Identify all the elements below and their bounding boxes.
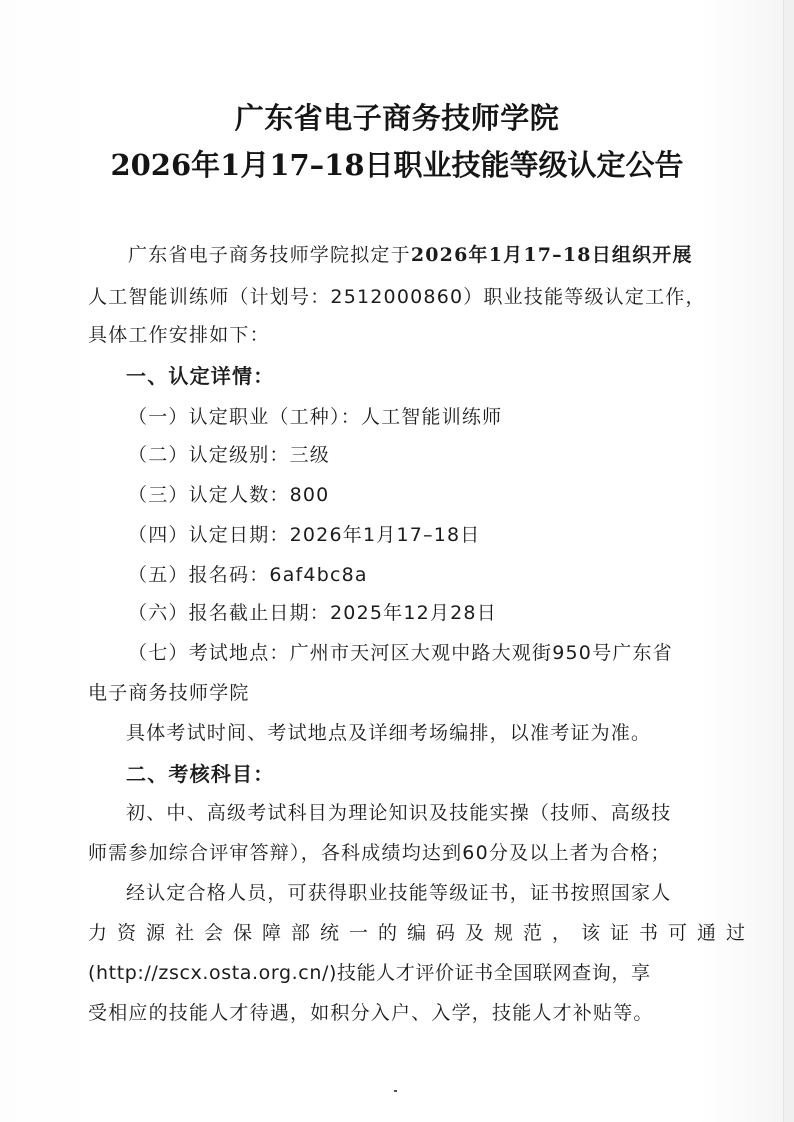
intro-line-1: 广东省电子商务技师学院拟定于2026年1月17–18日组织开展 (128, 240, 693, 267)
detail-value: 人工智能训练师 (361, 406, 502, 428)
detail-item-headcount: （三）认定人数：800 (128, 480, 329, 507)
subjects-line-1: 初、中、高级考试科目为理论知识及技能实操（技师、高级技 (126, 798, 671, 825)
detail-value: 6af4bc8a (269, 564, 367, 586)
detail-item-occupation: （一）认定职业（工种）：人工智能训练师 (128, 402, 502, 429)
detail-label: （五）报名码： (128, 564, 269, 586)
location-continuation: 电子商务技师学院 (88, 678, 250, 705)
title-institution: 广东省电子商务技师学院 (0, 96, 794, 137)
detail-value: 2026年1月17–18日 (290, 524, 481, 546)
certificate-line-2: 力资源社会保障部统一的编码及规范，该证书可通过 (88, 918, 755, 945)
detail-value: 800 (290, 484, 330, 506)
exam-arrangement-note: 具体考试时间、考试地点及详细考场编排，以准考证为准。 (126, 718, 651, 745)
certificate-line-3: (http://zscx.osta.org.cn/)技能人才评价证书全国联网查询… (88, 958, 651, 985)
scan-speck (394, 1090, 397, 1092)
detail-label: （四）认定日期： (128, 524, 290, 546)
section-2-heading: 二、考核科目： (126, 758, 274, 787)
detail-value: 2025年12月28日 (330, 602, 497, 624)
scanned-page: 广东省电子商务技师学院 2026年1月17–18日职业技能等级认定公告 广东省电… (0, 0, 794, 1122)
detail-label: （二）认定级别： (128, 444, 290, 466)
certificate-line-1: 经认定合格人员，可获得职业技能等级证书，证书按照国家人 (126, 878, 671, 905)
detail-label: （三）认定人数： (128, 484, 290, 506)
intro-line-2: 人工智能训练师（计划号：2512000860）职业技能等级认定工作， (88, 282, 706, 309)
certificate-line-4: 受相应的技能人才待遇，如积分入户、入学，技能人才补贴等。 (88, 998, 654, 1025)
detail-item-registration-code: （五）报名码：6af4bc8a (128, 560, 368, 587)
detail-value: 广州市天河区大观中路大观街950号广东省 (290, 642, 673, 664)
intro-date-bold: 2026年1月17–18日组织开展 (411, 244, 693, 266)
detail-item-location: （七）考试地点：广州市天河区大观中路大观街950号广东省 (128, 638, 673, 665)
detail-item-date: （四）认定日期：2026年1月17–18日 (128, 520, 481, 547)
detail-item-deadline: （六）报名截止日期：2025年12月28日 (128, 598, 497, 625)
title-announcement: 2026年1月17–18日职业技能等级认定公告 (0, 143, 794, 184)
section-1-heading: 一、认定详情： (126, 360, 274, 389)
intro-line-3: 具体工作安排如下： (88, 320, 270, 347)
detail-item-level: （二）认定级别：三级 (128, 440, 330, 467)
detail-label: （六）报名截止日期： (128, 602, 330, 624)
detail-value: 三级 (290, 444, 330, 466)
intro-prefix: 广东省电子商务技师学院拟定于 (128, 244, 411, 266)
subjects-line-2: 师需参加综合评审答辩），各科成绩均达到60分及以上者为合格； (88, 838, 671, 865)
detail-label: （七）考试地点： (128, 642, 290, 664)
detail-label: （一）认定职业（工种）： (128, 406, 361, 428)
